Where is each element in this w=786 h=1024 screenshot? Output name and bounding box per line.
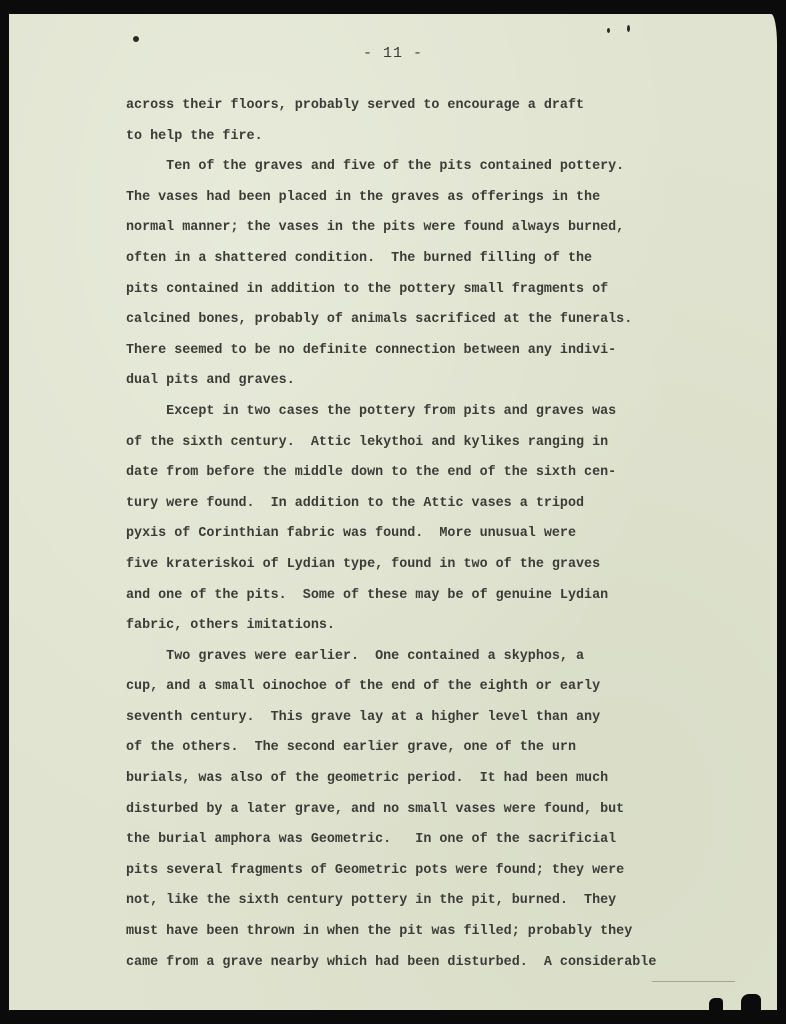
text-line: often in a shattered condition. The burn… xyxy=(126,244,746,275)
ink-spot-icon xyxy=(133,36,139,42)
text-line: normal manner; the vases in the pits wer… xyxy=(126,213,746,244)
text-line: came from a grave nearby which had been … xyxy=(126,948,746,979)
faint-rule xyxy=(652,981,735,982)
text-line: pits several fragments of Geometric pots… xyxy=(126,856,746,887)
text-line: date from before the middle down to the … xyxy=(126,458,746,489)
text-line: pyxis of Corinthian fabric was found. Mo… xyxy=(126,519,746,550)
torn-edge xyxy=(741,994,761,1010)
page-number: - 11 - xyxy=(9,45,777,62)
text-line: the burial amphora was Geometric. In one… xyxy=(126,825,746,856)
text-line: There seemed to be no definite connectio… xyxy=(126,336,746,367)
text-line: across their floors, probably served to … xyxy=(126,91,746,122)
text-line: disturbed by a later grave, and no small… xyxy=(126,795,746,826)
text-line: Ten of the graves and five of the pits c… xyxy=(126,152,746,183)
text-line: The vases had been placed in the graves … xyxy=(126,183,746,214)
scanned-document: - 11 - across their floors, probably ser… xyxy=(0,0,786,1024)
text-line: burials, was also of the geometric perio… xyxy=(126,764,746,795)
text-line: dual pits and graves. xyxy=(126,366,746,397)
text-line: seventh century. This grave lay at a hig… xyxy=(126,703,746,734)
text-line: fabric, others imitations. xyxy=(126,611,746,642)
typewritten-page: - 11 - across their floors, probably ser… xyxy=(9,14,777,1010)
text-line: of the sixth century. Attic lekythoi and… xyxy=(126,428,746,459)
body-text: across their floors, probably served to … xyxy=(126,91,746,978)
text-line: tury were found. In addition to the Atti… xyxy=(126,489,746,520)
text-line: Except in two cases the pottery from pit… xyxy=(126,397,746,428)
torn-edge xyxy=(709,998,723,1010)
text-line: five krateriskoi of Lydian type, found i… xyxy=(126,550,746,581)
text-line: not, like the sixth century pottery in t… xyxy=(126,886,746,917)
text-line: cup, and a small oinochoe of the end of … xyxy=(126,672,746,703)
text-line: must have been thrown in when the pit wa… xyxy=(126,917,746,948)
text-line: pits contained in addition to the potter… xyxy=(126,275,746,306)
ink-spot-icon xyxy=(627,25,630,32)
text-line: and one of the pits. Some of these may b… xyxy=(126,581,746,612)
text-line: to help the fire. xyxy=(126,122,746,153)
text-line: calcined bones, probably of animals sacr… xyxy=(126,305,746,336)
ink-spot-icon xyxy=(607,28,610,33)
text-line: of the others. The second earlier grave,… xyxy=(126,733,746,764)
text-line: Two graves were earlier. One contained a… xyxy=(126,642,746,673)
